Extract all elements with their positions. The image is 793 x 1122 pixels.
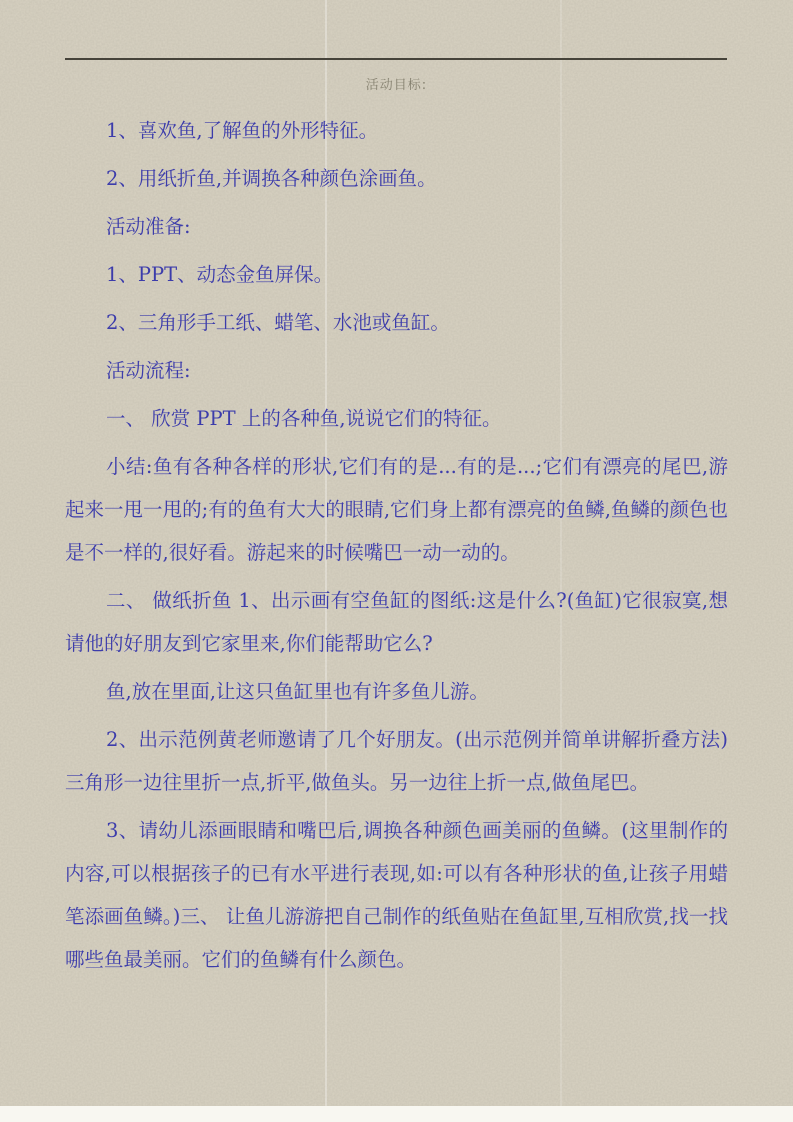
paragraph-prep-1: 1、PPT、动态金鱼屏保。 <box>65 253 728 296</box>
paragraph-step-1: 一、 欣赏 PPT 上的各种鱼,说说它们的特征。 <box>65 397 728 440</box>
paragraph-goal-1: 1、喜欢鱼,了解鱼的外形特征。 <box>65 109 728 152</box>
paragraph-prep-2: 2、三角形手工纸、蜡笔、水池或鱼缸。 <box>65 301 728 344</box>
doc-body: 1、喜欢鱼,了解鱼的外形特征。 2、用纸折鱼,并调换各种颜色涂画鱼。 活动准备:… <box>65 109 728 986</box>
paragraph-summary: 小结:鱼有各种各样的形状,它们有的是...有的是...;它们有漂亮的尾巴,游起来… <box>65 445 728 574</box>
paragraph-fish: 鱼,放在里面,让这只鱼缸里也有许多鱼儿游。 <box>65 670 728 713</box>
doc-header-label: 活动目标: <box>0 74 793 93</box>
paragraph-demo: 2、出示范例黄老师邀请了几个好朋友。(出示范例并简单讲解折叠方法)三角形一边往里… <box>65 718 728 804</box>
paragraph-draw: 3、请幼儿添画眼睛和嘴巴后,调换各种颜色画美丽的鱼鳞。(这里制作的内容,可以根据… <box>65 809 728 981</box>
document-page: 活动目标: 1、喜欢鱼,了解鱼的外形特征。 2、用纸折鱼,并调换各种颜色涂画鱼。… <box>0 0 793 1122</box>
paragraph-step-2: 二、 做纸折鱼 1、出示画有空鱼缸的图纸:这是什么?(鱼缸)它很寂寞,想请他的好… <box>65 579 728 665</box>
page-bottom-edge <box>0 1106 793 1122</box>
paragraph-goal-2: 2、用纸折鱼,并调换各种颜色涂画鱼。 <box>65 157 728 200</box>
paragraph-prep-title: 活动准备: <box>65 205 728 248</box>
paragraph-flow-title: 活动流程: <box>65 349 728 392</box>
header-rule <box>65 58 727 60</box>
